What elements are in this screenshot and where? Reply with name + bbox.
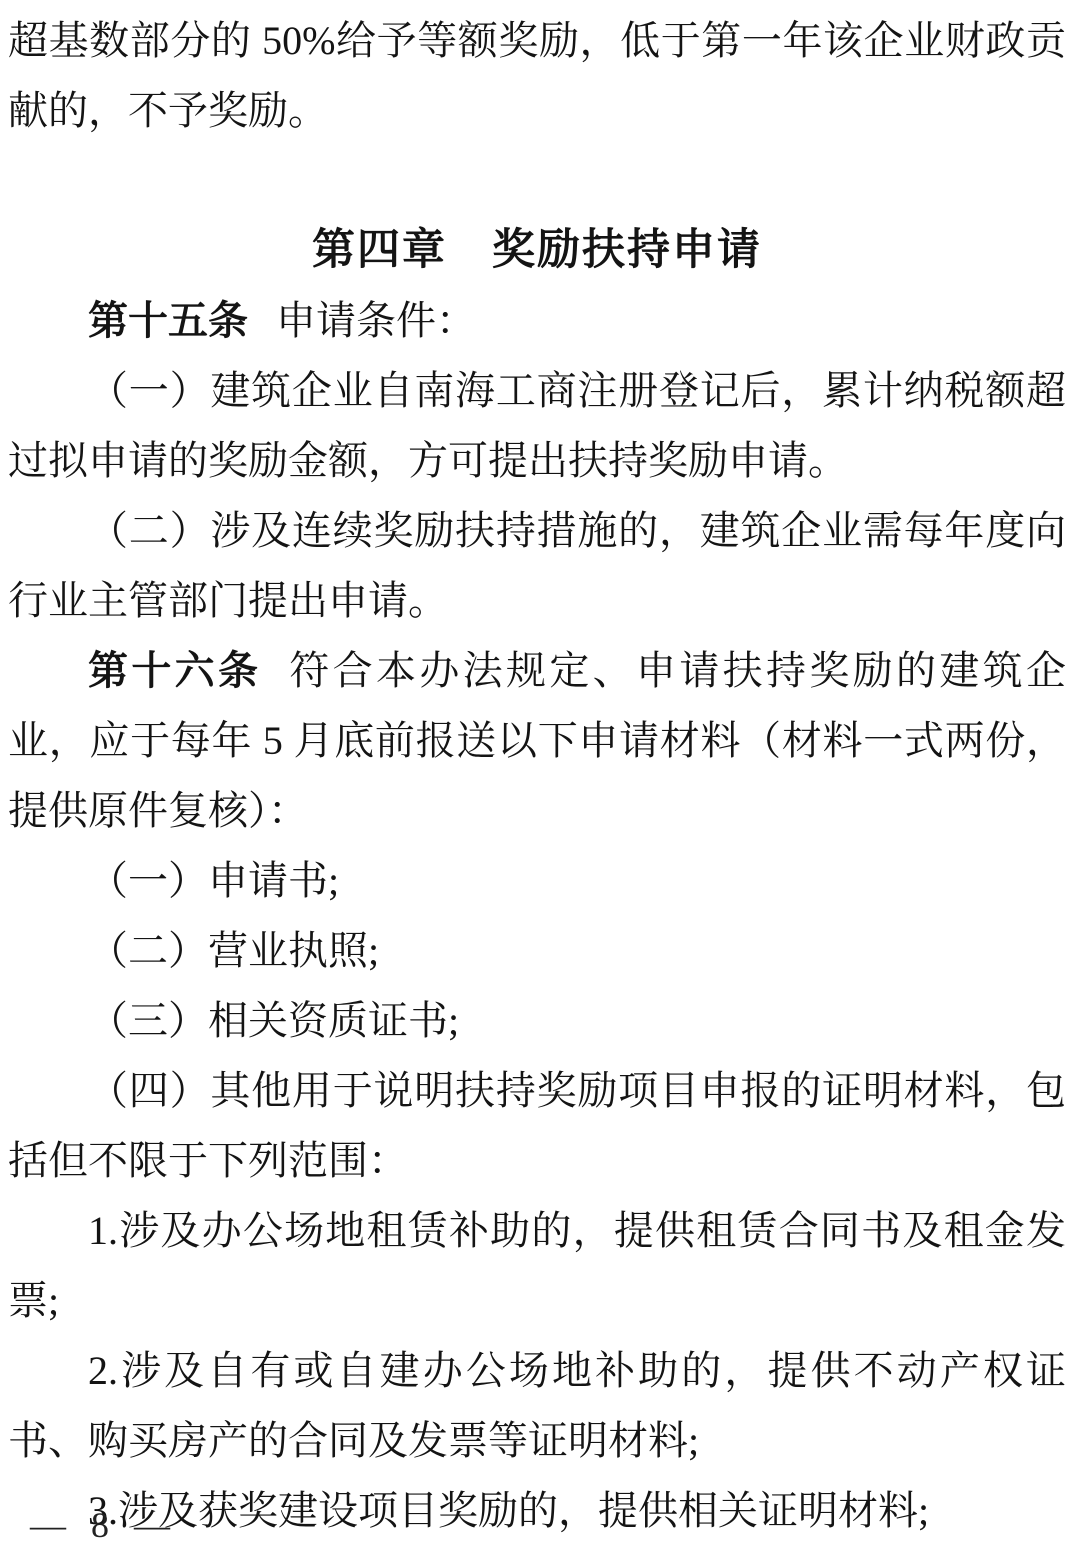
paragraph-text: （一）申请书;	[88, 858, 339, 903]
scope-item-2: 2.涉及自有或自建办公场地补助的，提供不动产权证书、购买房产的合同及发票等证明材…	[8, 1336, 1066, 1476]
article-16-number: 第十六条	[88, 649, 261, 693]
material-item-1: （一）申请书;	[8, 846, 1066, 916]
article-15-paragraph: 第十五条申请条件：	[8, 286, 1066, 356]
article-15-number: 第十五条	[88, 299, 248, 343]
material-item-4: （四）其他用于说明扶持奖励项目申报的证明材料，包括但不限于下列范围：	[8, 1056, 1066, 1196]
chapter-heading: 第四章 奖励扶持申请	[8, 216, 1066, 286]
paragraph-text: 3.涉及获奖建设项目奖励的，提供相关证明材料;	[88, 1488, 929, 1533]
document-page: 超基数部分的 50%给予等额奖励，低于第一年该企业财政贡献的，不予奖励。 第四章…	[0, 0, 1080, 1553]
scope-item-1: 1.涉及办公场地租赁补助的，提供租赁合同书及租金发票;	[8, 1196, 1066, 1336]
continuation-paragraph: 超基数部分的 50%给予等额奖励，低于第一年该企业财政贡献的，不予奖励。	[8, 6, 1066, 146]
paragraph-text: 2.涉及自有或自建办公场地补助的，提供不动产权证书、购买房产的合同及发票等证明材…	[8, 1348, 1066, 1463]
paragraph-text: （二）营业执照;	[88, 928, 379, 973]
paragraph-text: 申请条件：	[276, 298, 476, 343]
paragraph-text: 1.涉及办公场地租赁补助的，提供租赁合同书及租金发票;	[8, 1208, 1066, 1323]
page-number: — 8 —	[30, 1505, 178, 1545]
item-1-paragraph: （一）建筑企业自南海工商注册登记后，累计纳税额超过拟申请的奖励金额，方可提出扶持…	[8, 356, 1066, 496]
paragraph-text: （二）涉及连续奖励扶持措施的，建筑企业需每年度向行业主管部门提出申请。	[8, 508, 1066, 623]
material-item-2: （二）营业执照;	[8, 916, 1066, 986]
paragraph-text: （一）建筑企业自南海工商注册登记后，累计纳税额超过拟申请的奖励金额，方可提出扶持…	[8, 368, 1066, 483]
article-16-paragraph: 第十六条符合本办法规定、申请扶持奖励的建筑企业，应于每年 5 月底前报送以下申请…	[8, 636, 1066, 846]
paragraph-text: （三）相关资质证书;	[88, 998, 459, 1043]
paragraph-text: （四）其他用于说明扶持奖励项目申报的证明材料，包括但不限于下列范围：	[8, 1068, 1066, 1183]
item-2-paragraph: （二）涉及连续奖励扶持措施的，建筑企业需每年度向行业主管部门提出申请。	[8, 496, 1066, 636]
material-item-3: （三）相关资质证书;	[8, 986, 1066, 1056]
